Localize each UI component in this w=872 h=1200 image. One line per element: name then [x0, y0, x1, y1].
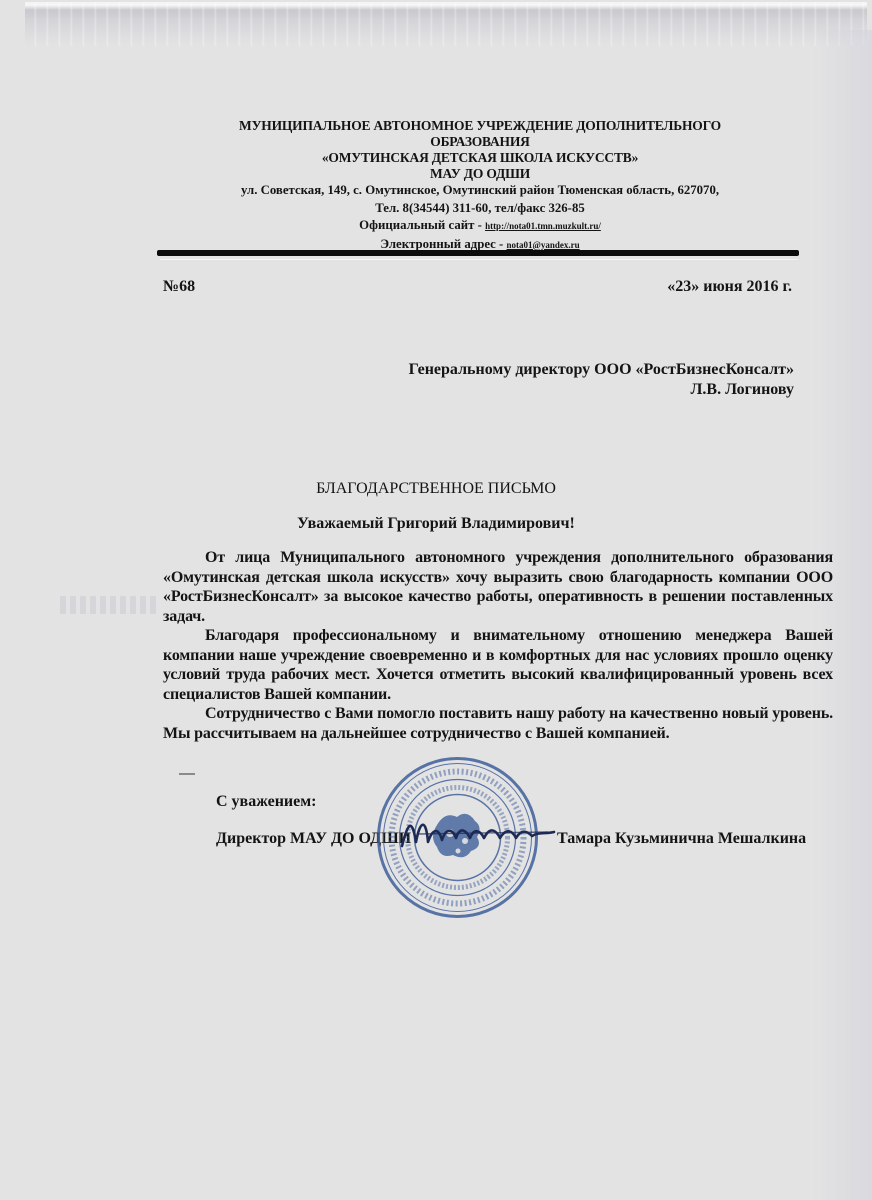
handwritten-signature-icon [398, 812, 558, 852]
closing-phrase: С уважением: [216, 793, 316, 811]
letterhead-divider [157, 250, 799, 256]
addressee-position: Генеральному директору ООО «РостБизнесКо… [409, 360, 794, 380]
website-label: Официальный сайт - [359, 218, 485, 232]
email-label: Электронный адрес - [380, 237, 506, 251]
bleed-through-artifact [60, 596, 160, 614]
addressee-name: Л.В. Логинову [409, 380, 794, 400]
letter-body: От лица Муниципального автономного учреж… [163, 548, 833, 743]
email-link[interactable]: nota01@yandex.ru [507, 240, 580, 250]
website-link[interactable]: http://nota01.tmn.muzkult.ru/ [485, 221, 601, 231]
org-line-2: ОБРАЗОВАНИЯ [150, 134, 810, 150]
signer-name: Тамара Кузьминична Мешалкина [557, 830, 806, 848]
salutation: Уважаемый Григорий Владимирович! [0, 515, 872, 533]
org-phone: Тел. 8(34544) 311-60, тел/факс 326-85 [150, 200, 810, 218]
org-address: ул. Советская, 149, с. Омутинское, Омути… [150, 182, 810, 200]
org-abbreviation: МАУ ДО ОДШИ [150, 166, 810, 182]
letterhead: МУНИЦИПАЛЬНОЕ АВТОНОМНОЕ УЧРЕЖДЕНИЕ ДОПО… [150, 118, 810, 254]
org-website: Официальный сайт - http://nota01.tmn.muz… [150, 217, 810, 236]
paragraph: Благодаря профессиональному и внимательн… [163, 626, 833, 704]
org-line-1: МУНИЦИПАЛЬНОЕ АВТОНОМНОЕ УЧРЕЖДЕНИЕ ДОПО… [150, 118, 810, 134]
paragraph: От лица Муниципального автономного учреж… [163, 548, 833, 626]
document-date: «23» июня 2016 г. [667, 278, 792, 296]
addressee: Генеральному директору ООО «РостБизнесКо… [409, 360, 794, 400]
org-name: «ОМУТИНСКАЯ ДЕТСКАЯ ШКОЛА ИСКУССТВ» [150, 150, 810, 166]
paragraph: Сотрудничество с Вами помогло поставить … [163, 704, 833, 743]
scan-mark [179, 773, 195, 775]
scan-top-edge [25, 2, 867, 46]
document-title: БЛАГОДАРСТВЕННОЕ ПИСЬМО [0, 480, 872, 498]
letterhead-divider-highlight [160, 259, 798, 260]
document-number: №68 [163, 278, 195, 296]
